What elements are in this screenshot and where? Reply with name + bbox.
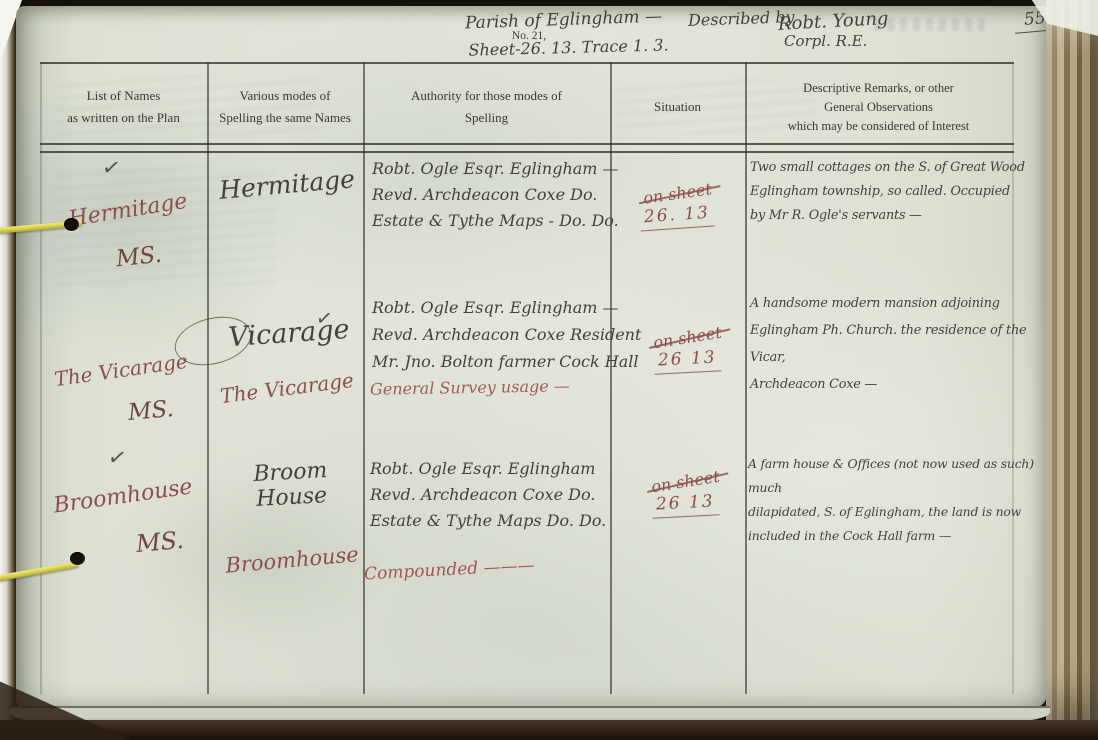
page: Parish of Eglingham — No. 21, Sheet-26. … xyxy=(16,6,1046,714)
faint-stamp xyxy=(874,18,986,31)
plan-name: Broomhouse xyxy=(27,471,219,522)
remarks-entry: A handsome modern mansion adjoining Egli… xyxy=(750,290,1040,398)
situation-entry: on sheet 26 13 xyxy=(632,328,742,373)
situation-entry: on sheet 26 13 xyxy=(630,472,740,517)
column-header-authority: Authority for those modes of Spelling xyxy=(365,74,608,140)
plan-name: The Vicarage xyxy=(29,345,213,394)
authority-red-note: Compounded ——— xyxy=(364,556,535,585)
header-bottom-rule-2 xyxy=(40,151,1014,153)
situation-entry: on sheet 26. 13 xyxy=(622,184,732,229)
punch-hole xyxy=(64,218,79,231)
authority-entry: Robt. Ogle Esqr. Eglingham — Revd. Archd… xyxy=(372,156,619,234)
mode-of-spelling-alt: The Vicarage xyxy=(207,366,367,409)
surveyor-rank: Corpl. R.E. xyxy=(784,32,867,50)
column-header-remarks: Descriptive Remarks, or other General Ob… xyxy=(747,70,1010,144)
mode-of-spelling: Broom House xyxy=(217,456,365,514)
column-header-list-of-names: List of Names as written on the Plan xyxy=(40,74,207,140)
check-mark-icon: ✓ xyxy=(106,445,128,473)
ms-mark: MS. xyxy=(115,242,163,273)
sheet-trace-line: Sheet-26. 13. Trace 1. 3. xyxy=(446,35,691,60)
surveyor-name: Robt. Young xyxy=(778,8,889,35)
mode-of-spelling-alt: Broomhouse xyxy=(211,541,372,579)
page-edges-right xyxy=(1046,0,1098,740)
ms-mark: MS. xyxy=(135,526,185,558)
ms-mark: MS. xyxy=(127,396,175,426)
authority-entry: Robt. Ogle Esqr. Eglingham Revd. Archdea… xyxy=(370,456,606,534)
column-header-modes-of-spelling: Various modes of Spelling the same Names xyxy=(209,74,361,140)
remarks-entry: Two small cottages on the S. of Great Wo… xyxy=(750,156,1034,228)
bottom-shadow xyxy=(0,720,1098,740)
authority-entry: Robt. Ogle Esqr. Eglingham — Revd. Archd… xyxy=(372,294,641,375)
column-header-situation: Situation xyxy=(612,74,743,140)
column-divider xyxy=(745,62,747,694)
column-divider xyxy=(207,62,209,694)
left-page-sliver xyxy=(0,0,16,740)
authority-red-note: General Survey usage — xyxy=(370,376,570,398)
table-top-rule xyxy=(40,62,1014,64)
remarks-entry: A farm house & Offices (not now used as … xyxy=(748,452,1040,548)
scanned-name-book-page: Parish of Eglingham — No. 21, Sheet-26. … xyxy=(0,0,1098,740)
punch-hole xyxy=(70,552,85,565)
check-mark-icon: ✓ xyxy=(100,155,122,183)
